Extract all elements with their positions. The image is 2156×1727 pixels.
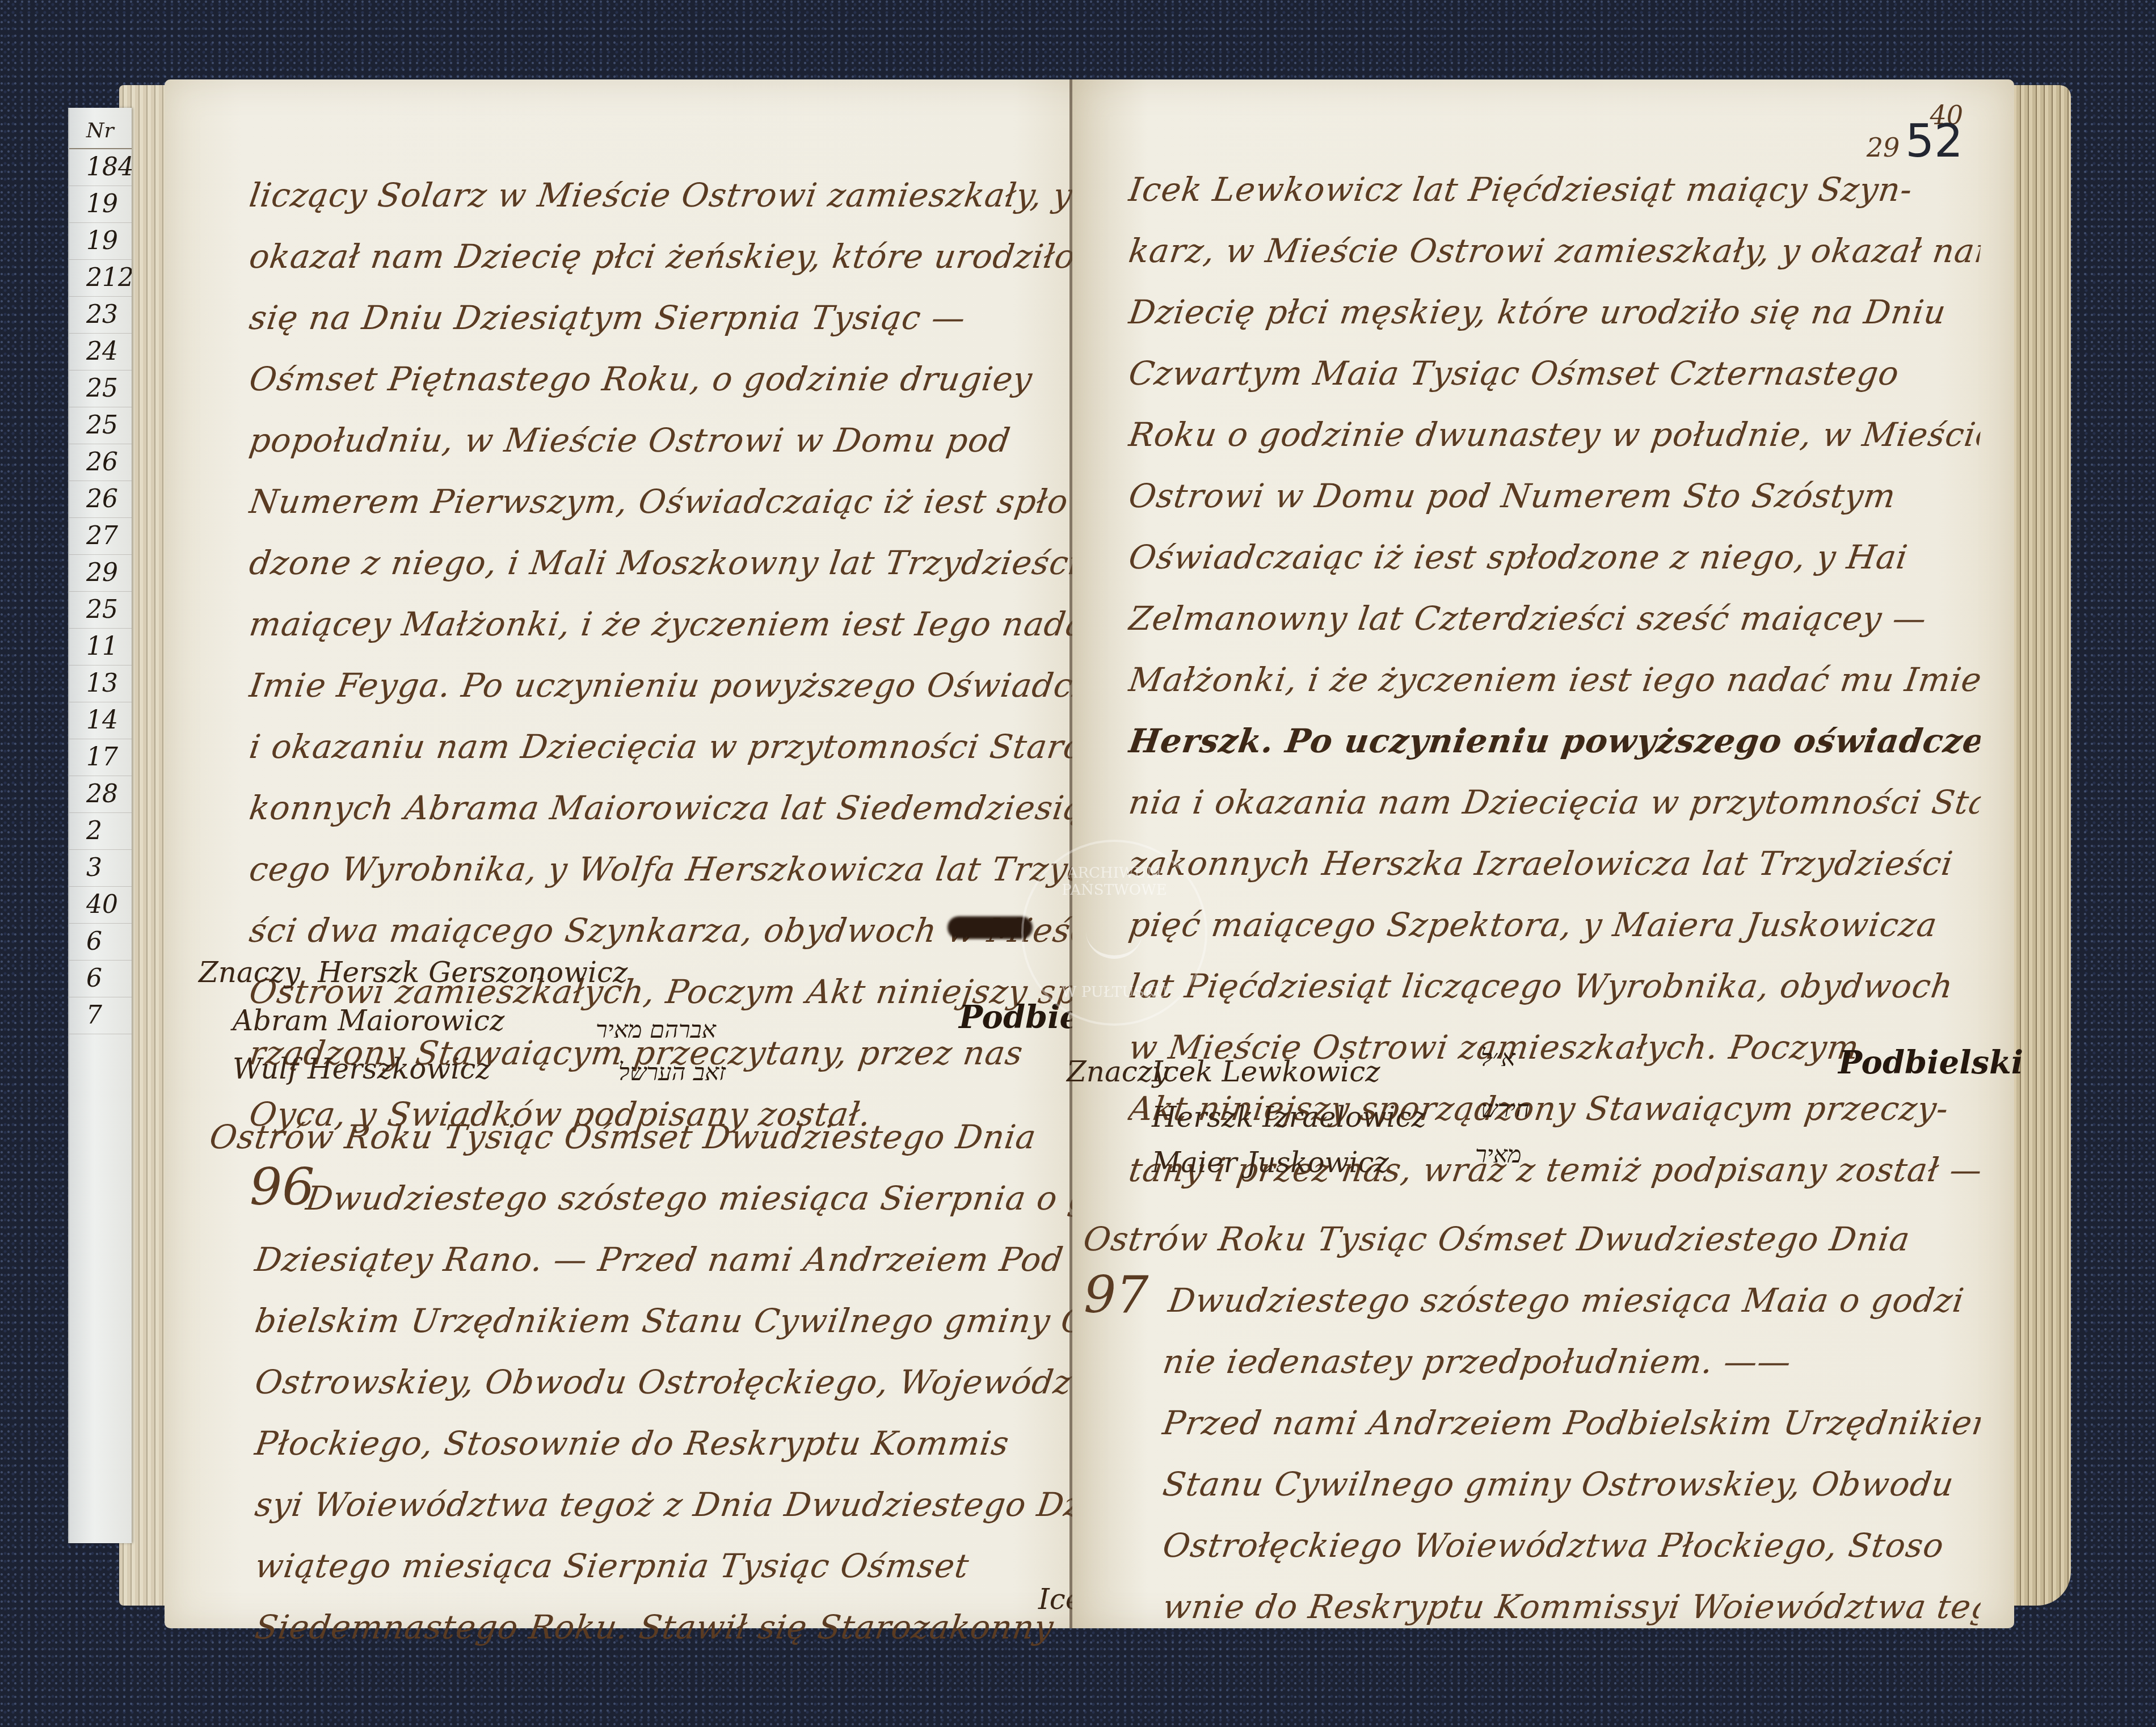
index-number: 6 (69, 924, 132, 961)
text-line: liczący Solarz w Mieście Ostrowi zamiesz… (245, 165, 1093, 226)
index-number: 19 (69, 223, 132, 260)
witness-signature: Maier Juskowicz (1152, 1146, 1389, 1179)
text-line: cego Wyrobnika, y Wolfa Herszkowicza lat… (245, 839, 1093, 900)
witness-signature: Herszk Izraelowicz (1152, 1101, 1426, 1134)
text-line: okazał nam Dziecię płci żeńskiey, które … (245, 226, 1093, 287)
index-tab-strip: Nr 184 19 19 212 23 24 25 25 26 26 27 29… (68, 108, 132, 1543)
index-number: 26 (69, 444, 132, 481)
text-line: Ostrowi w Domu pod Numerem Sto Szóstym (1125, 465, 1984, 526)
text-line: się na Dniu Dziesiątym Sierpnia Tysiąc — (245, 287, 1093, 348)
index-number: 28 (69, 776, 132, 813)
text-line: Przed nami Andrzeiem Podbielskim Urzędni… (1079, 1392, 1984, 1454)
text-line: Stanu Cywilnego gminy Ostrowskiey, Obwod… (1079, 1454, 1984, 1515)
text-line: Czwartym Maia Tysiąc Ośmset Czternastego (1125, 343, 1984, 404)
index-number: 19 (69, 186, 132, 223)
index-number: 23 (69, 297, 132, 334)
witness-signature: Icek Lewkowicz (1152, 1055, 1380, 1088)
index-header: Nr (69, 108, 132, 149)
text-line: konnych Abrama Maiorowicza lat Siedemdzi… (245, 777, 1093, 839)
index-number: 17 (69, 739, 132, 776)
index-number: 3 (69, 850, 132, 887)
text-line: maiącey Małżonki, i że życzeniem iest Ie… (245, 593, 1093, 655)
text-line: Siedemnastego Roku. Stawił się Starozako… (205, 1597, 1093, 1658)
index-number: 24 (69, 334, 132, 370)
right-page-stack-edge (2008, 85, 2071, 1606)
text-line: Roku o godzinie dwunastey w południe, w … (1125, 404, 1984, 465)
hebrew-signature: הירש (1481, 1095, 1530, 1123)
hebrew-signature: אברהם מאיר (596, 1016, 716, 1044)
text-line: wnie do Reskryptu Kommissyi Woiewództwa … (1079, 1576, 1984, 1637)
index-number: 27 (69, 518, 132, 555)
text-line: Ostrowskiey, Obwodu Ostrołęckiego, Wojew… (205, 1351, 1093, 1413)
open-register-book: Nr 184 19 19 212 23 24 25 25 26 26 27 29… (57, 68, 2077, 1657)
folio-number: 40 2952 (1867, 102, 1963, 161)
left-page: liczący Solarz w Mieście Ostrowi zamiesz… (165, 79, 1129, 1628)
text-line: Ostrołęckiego Woiewództwa Płockiego, Sto… (1079, 1515, 1984, 1576)
text-line: Dziesiątey Rano. — Przed nami Andrzeiem … (205, 1229, 1093, 1290)
text-line: Ostrów Roku Tysiąc Ośmset Dwudziestego D… (205, 1106, 1093, 1168)
text-line: Icek Lewkowicz lat Pięćdziesiąt maiący S… (1125, 159, 1984, 220)
text-line: i okazaniu nam Dziecięcia w przytomności… (245, 716, 1093, 777)
witness-signature: Abram Maiorowicz (233, 1004, 504, 1037)
witness-mark-label: Znaczy (199, 956, 300, 989)
text-line: Dziecię płci męskiey, które urodziło się… (1125, 281, 1984, 343)
text-line: Małżonki, i że życzeniem iest iego nadać… (1125, 649, 1984, 710)
text-line: Imie Feyga. Po uczynieniu powyższego Ośw… (245, 655, 1093, 716)
text-line: popołudniu, w Mieście Ostrowi w Domu pod (245, 410, 1093, 471)
witness-signature: Wulf Herszkowicz (233, 1052, 491, 1085)
text-line: karz, w Mieście Ostrowi zamieszkały, y o… (1125, 220, 1984, 281)
text-line: wiątego miesiąca Sierpnia Tysiąc Ośmset (205, 1535, 1093, 1597)
left-page-text: liczący Solarz w Mieście Ostrowi zamiesz… (250, 165, 1089, 1145)
index-number: 13 (69, 665, 132, 702)
text-line: nie iedenastey przedpołudniem. —— (1079, 1331, 1984, 1392)
old-folio-number: 29 (1867, 132, 1900, 163)
text-line: syi Woiewództwa tegoż z Dnia Dwudziesteg… (205, 1474, 1093, 1535)
text-line: Zelmanowny lat Czterdzieści sześć maiące… (1125, 588, 1984, 649)
text-line: bielskim Urzędnikiem Stanu Cywilnego gmi… (205, 1290, 1093, 1351)
text-line: dzone z niego, i Mali Moszkowny lat Trzy… (245, 532, 1093, 593)
index-number: 6 (69, 961, 132, 997)
text-line: Numerem Pierwszym, Oświadczaiąc iż iest … (245, 471, 1093, 532)
index-number: 25 (69, 407, 132, 444)
index-number: 184 (69, 149, 132, 186)
witness-signature: Herszk Gerszonowicz (318, 956, 628, 989)
text-line: Ostrów Roku Tysiąc Ośmset Dwudziestego D… (1079, 1208, 1984, 1270)
text-line: Dwudziestego szóstego miesiąca Sierpnia … (205, 1168, 1093, 1229)
entry-96-text: Ostrów Roku Tysiąc Ośmset Dwudziestego D… (210, 1106, 1089, 1658)
text-line: lat Pięćdziesiąt liczącego Wyrobnika, ob… (1125, 955, 1984, 1017)
text-line: Płockiego, Stosownie do Reskryptu Kommis (205, 1413, 1093, 1474)
text-line: Ośmset Piętnastego Roku, o godzinie drug… (245, 348, 1093, 410)
index-number: 212 (69, 260, 132, 297)
official-signature: Podbielski (1838, 1044, 2023, 1081)
hebrew-signature: זאב הערשל (618, 1058, 726, 1086)
entry-97-text: Ostrów Roku Tysiąc Ośmset Dwudziestego D… (1084, 1208, 1980, 1637)
text-line: zakonnych Herszka Izraelowicza lat Trzyd… (1125, 833, 1984, 894)
index-number: 25 (69, 370, 132, 407)
hebrew-signature: מאיר (1475, 1140, 1522, 1169)
right-page: 40 2952 Icek Lewkowicz lat Pięćdziesiąt … (1072, 79, 2014, 1628)
index-number: 26 (69, 481, 132, 518)
text-line: nia i okazania nam Dziecięcia w przytomn… (1125, 772, 1984, 833)
text-line: Herszk. Po uczynieniu powyższego oświadc… (1125, 710, 1984, 772)
hebrew-signature: א״ל (1481, 1044, 1515, 1072)
index-number: 40 (69, 887, 132, 924)
index-number: 29 (69, 555, 132, 592)
ink-blot (948, 916, 1033, 939)
index-number: 2 (69, 813, 132, 850)
index-number: 25 (69, 592, 132, 629)
index-number: 7 (69, 997, 132, 1034)
text-line: Dwudziestego szóstego miesiąca Maia o go… (1079, 1270, 1984, 1331)
index-number: 14 (69, 702, 132, 739)
text-line: pięć maiącego Szpektora, y Maiera Juskow… (1125, 894, 1984, 955)
text-line: Oświadczaiąc iż iest spłodzone z niego, … (1125, 526, 1984, 588)
index-number: 11 (69, 629, 132, 665)
